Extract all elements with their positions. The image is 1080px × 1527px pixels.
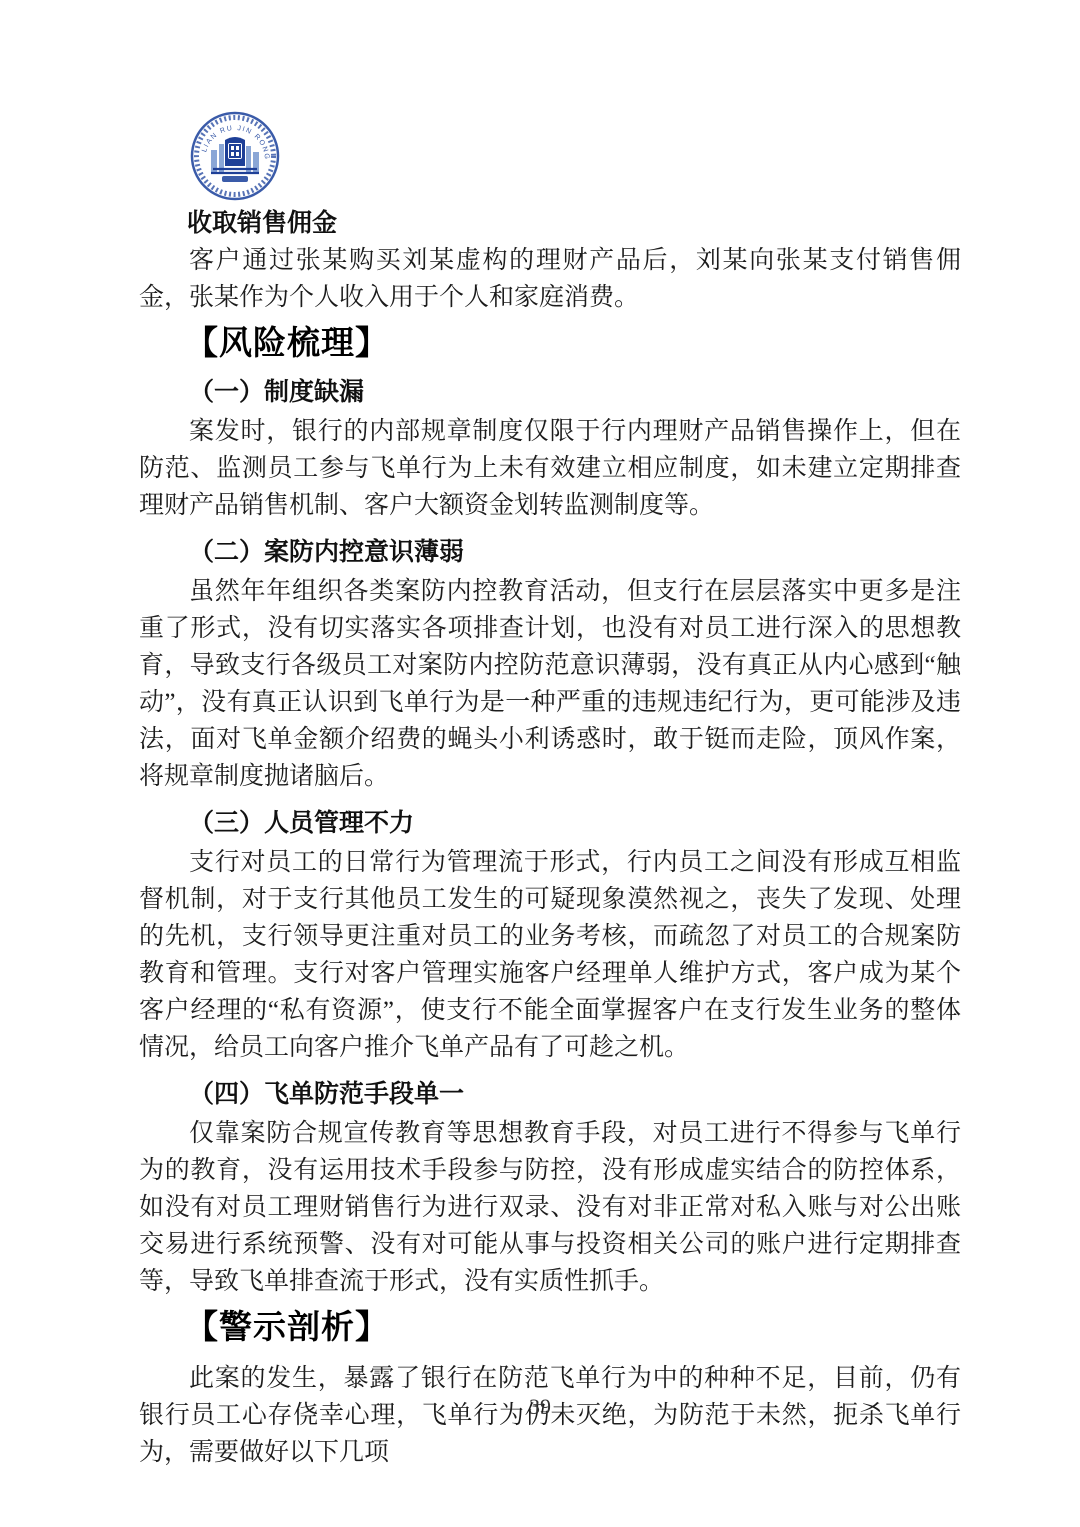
case-subsection-heading: 收取销售佣金: [187, 206, 961, 242]
risk-item-3-heading: （三）人员管理不力: [139, 805, 961, 842]
risk-item-2-heading: （二）案防内控意识薄弱: [139, 534, 961, 571]
risk-item-1-paragraph: 案发时，银行的内部规章制度仅限于行内理财产品销售操作上，但在防范、监测员工参与飞…: [139, 413, 961, 524]
section-title-warning-analysis: 【警示剖析】: [185, 1306, 961, 1348]
risk-item-4-paragraph: 仅靠案防合规宣传教育等思想教育手段，对员工进行不得参与飞单行为的教育，没有运用技…: [139, 1115, 961, 1300]
seal-logo-graphic: LIAN RU JIN RONG: [189, 110, 281, 202]
section-title-risk-review: 【风险梳理】: [185, 322, 961, 364]
seal-bottom-banner: [222, 176, 248, 182]
organization-seal-logo: LIAN RU JIN RONG: [189, 110, 281, 202]
risk-item-4-heading: （四）飞单防范手段单一: [139, 1076, 961, 1113]
risk-item-2-paragraph: 虽然年年组织各类案防内控教育活动，但支行在层层落实中更多是注重了形式，没有切实落…: [139, 573, 961, 795]
page-content: LIAN RU JIN RONG: [139, 0, 961, 1471]
case-paragraph: 客户通过张某购买刘某虚构的理财产品后，刘某向张某支付销售佣金，张某作为个人收入用…: [139, 242, 961, 316]
risk-item-1-heading: （一）制度缺漏: [139, 374, 961, 411]
page-number: 39: [0, 1394, 1080, 1420]
document-page: LIAN RU JIN RONG: [0, 0, 1080, 1527]
risk-item-3-paragraph: 支行对员工的日常行为管理流于形式，行内员工之间没有形成互相监督机制，对于支行其他…: [139, 844, 961, 1066]
seal-center-emblem: [225, 137, 245, 166]
